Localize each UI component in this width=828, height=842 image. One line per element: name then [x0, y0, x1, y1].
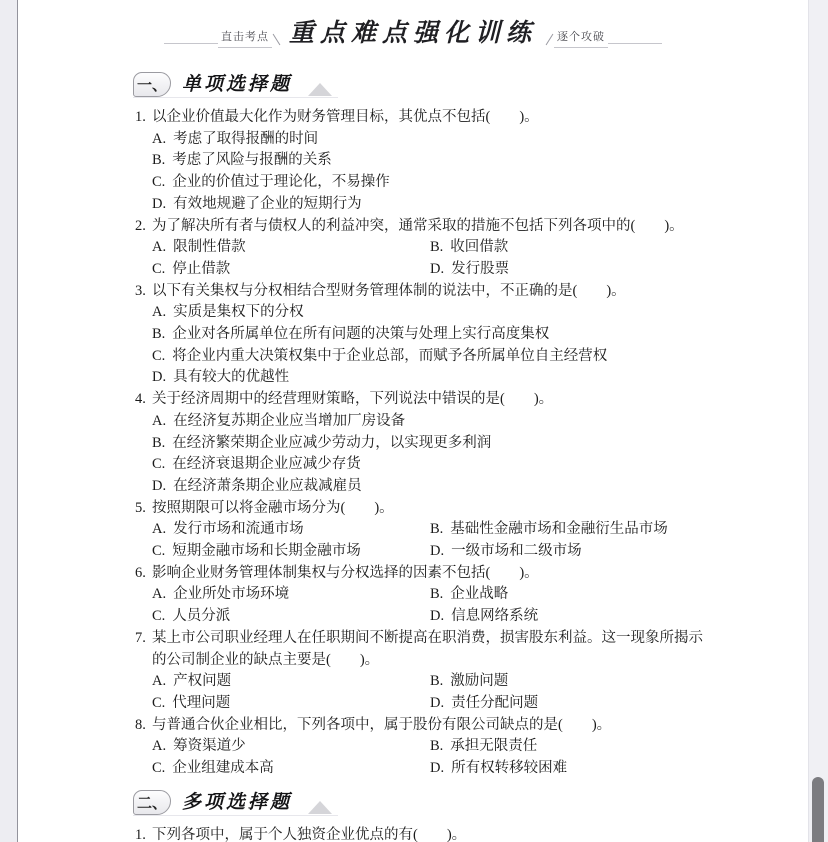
question-number: 7.: [135, 628, 152, 671]
question-options: A.产权问题B.激励问题C.代理问题D.责任分配问题: [152, 671, 715, 714]
option-text: 具有较大的优越性: [173, 367, 289, 389]
option-text: 考虑了取得报酬的时间: [173, 129, 318, 151]
option-text: 收回借款: [450, 237, 508, 259]
question-stem-row: 1.以企业价值最大化作为财务管理目标，其优点不包括( )。: [135, 107, 715, 129]
option-item: D.有效地规避了企业的短期行为: [152, 194, 715, 216]
option-label: A.: [152, 584, 166, 606]
option-label: C.: [152, 259, 165, 281]
question-number: 2.: [135, 216, 152, 238]
question-item: 5.按照期限可以将金融市场分为( )。A.发行市场和流通市场B.基础性金融市场和…: [135, 498, 715, 563]
option-item: B.承担无限责任: [430, 736, 715, 758]
deco-slash-icon: [546, 34, 554, 46]
option-item: B.激励问题: [430, 671, 715, 693]
option-item: A.考虑了取得报酬的时间: [152, 129, 715, 151]
option-text: 企业对各所属单位在所有问题的决策与处理上实行高度集权: [172, 324, 549, 346]
option-label: D.: [430, 758, 444, 780]
question-stem: 与普通合伙企业相比，下列各项中，属于股份有限公司缺点的是( )。: [152, 715, 715, 737]
section-title: 多项选择题: [182, 790, 292, 815]
option-label: D.: [430, 259, 444, 281]
option-label: B.: [152, 150, 165, 172]
option-item: B.企业对各所属单位在所有问题的决策与处理上实行高度集权: [152, 324, 715, 346]
question-options: A.考虑了取得报酬的时间B.考虑了风险与报酬的关系C.企业的价值过于理论化，不易…: [152, 129, 715, 216]
option-item: D.具有较大的优越性: [152, 367, 715, 389]
question-options: A.企业所处市场环境B.企业战略C.人员分派D.信息网络系统: [152, 584, 715, 627]
option-label: A.: [152, 411, 166, 433]
option-item: B.基础性金融市场和金融衍生品市场: [430, 519, 715, 541]
option-item: B.收回借款: [430, 237, 715, 259]
option-label: D.: [152, 367, 166, 389]
option-label: A.: [152, 519, 166, 541]
option-item: C.在经济衰退期企业应减少存货: [152, 454, 715, 476]
option-text: 在经济复苏期企业应当增加厂房设备: [173, 411, 405, 433]
option-text: 人员分派: [172, 606, 230, 628]
option-label: C.: [152, 606, 165, 628]
option-text: 基础性金融市场和金融衍生品市场: [450, 519, 668, 541]
option-label: B.: [152, 324, 165, 346]
question-options: A.在经济复苏期企业应当增加厂房设备B.在经济繁荣期企业应减少劳动力，以实现更多…: [152, 411, 715, 498]
option-label: D.: [152, 476, 166, 498]
question-stem-row: 8.与普通合伙企业相比，下列各项中，属于股份有限公司缺点的是( )。: [135, 715, 715, 737]
option-label: A.: [152, 736, 166, 758]
question-stem-row: 2.为了解决所有者与债权人的利益冲突，通常采取的措施不包括下列各项中的( )。: [135, 216, 715, 238]
option-item: D.信息网络系统: [430, 606, 715, 628]
option-text: 限制性借款: [173, 237, 246, 259]
chapter-title: 重点难点强化训练: [289, 20, 537, 48]
question-options: A.实质是集权下的分权B.企业对各所属单位在所有问题的决策与处理上实行高度集权C…: [152, 302, 715, 389]
questions-content: 一、单项选择题1.以企业价值最大化作为财务管理目标，其优点不包括( )。A.考虑…: [18, 72, 808, 842]
question-item: 6.影响企业财务管理体制集权与分权选择的因素不包括( )。A.企业所处市场环境B…: [135, 563, 715, 628]
option-text: 发行市场和流通市场: [173, 519, 304, 541]
question-stem: 按照期限可以将金融市场分为( )。: [152, 498, 715, 520]
question-item: 1.下列各项中，属于个人独资企业优点的有( )。: [135, 825, 715, 842]
option-text: 一级市场和二级市场: [451, 541, 582, 563]
question-item: 2.为了解决所有者与债权人的利益冲突，通常采取的措施不包括下列各项中的( )。A…: [135, 216, 715, 281]
question-number: 1.: [135, 825, 152, 842]
question-stem: 以下有关集权与分权相结合型财务管理体制的说法中，不正确的是( )。: [152, 281, 715, 303]
option-label: C.: [152, 172, 165, 194]
option-text: 有效地规避了企业的短期行为: [173, 194, 362, 216]
option-text: 代理问题: [172, 693, 230, 715]
question-stem-row: 4.关于经济周期中的经营理财策略，下列说法中错误的是( )。: [135, 389, 715, 411]
option-label: A.: [152, 237, 166, 259]
option-text: 在经济萧条期企业应裁减雇员: [173, 476, 362, 498]
option-text: 筹资渠道少: [173, 736, 246, 758]
question-number: 3.: [135, 281, 152, 303]
option-label: C.: [152, 693, 165, 715]
question-stem-row: 3.以下有关集权与分权相结合型财务管理体制的说法中，不正确的是( )。: [135, 281, 715, 303]
option-item: A.实质是集权下的分权: [152, 302, 715, 324]
option-item: A.限制性借款: [152, 237, 430, 259]
scrollbar-thumb[interactable]: [812, 777, 824, 842]
question-stem: 关于经济周期中的经营理财策略，下列说法中错误的是( )。: [152, 389, 715, 411]
banner-right-caption: 逐个攻破: [554, 28, 608, 48]
question-item: 7.某上市公司职业经理人在任职期间不断提高在职消费，损害股东利益。这一现象所揭示…: [135, 628, 715, 715]
option-item: C.企业组建成本高: [152, 758, 430, 780]
option-label: B.: [430, 736, 443, 758]
section-number-tab: 二、: [133, 790, 171, 815]
option-item: C.人员分派: [152, 606, 430, 628]
question-stem: 以企业价值最大化作为财务管理目标，其优点不包括( )。: [152, 107, 715, 129]
option-label: C.: [152, 346, 165, 368]
option-item: A.发行市场和流通市场: [152, 519, 430, 541]
option-text: 企业所处市场环境: [173, 584, 289, 606]
option-item: C.代理问题: [152, 693, 430, 715]
option-text: 激励问题: [450, 671, 508, 693]
option-label: B.: [152, 433, 165, 455]
option-item: C.企业的价值过于理论化，不易操作: [152, 172, 715, 194]
section-title: 单项选择题: [182, 72, 292, 97]
chapter-banner: 直击考点 重点难点强化训练 逐个攻破: [18, 18, 808, 48]
question-stem: 为了解决所有者与债权人的利益冲突，通常采取的措施不包括下列各项中的( )。: [152, 216, 715, 238]
question-number: 4.: [135, 389, 152, 411]
option-item: D.所有权转移较困难: [430, 758, 715, 780]
option-item: D.在经济萧条期企业应裁减雇员: [152, 476, 715, 498]
option-label: C.: [152, 541, 165, 563]
option-text: 信息网络系统: [451, 606, 538, 628]
question-options: A.限制性借款B.收回借款C.停止借款D.发行股票: [152, 237, 715, 280]
option-text: 实质是集权下的分权: [173, 302, 304, 324]
option-label: A.: [152, 671, 166, 693]
question-item: 1.以企业价值最大化作为财务管理目标，其优点不包括( )。A.考虑了取得报酬的时…: [135, 107, 715, 216]
question-options: A.发行市场和流通市场B.基础性金融市场和金融衍生品市场C.短期金融市场和长期金…: [152, 519, 715, 562]
option-text: 企业组建成本高: [172, 758, 274, 780]
question-stem: 影响企业财务管理体制集权与分权选择的因素不包括( )。: [152, 563, 715, 585]
question-stem: 下列各项中，属于个人独资企业优点的有( )。: [152, 825, 715, 842]
question-item: 8.与普通合伙企业相比，下列各项中，属于股份有限公司缺点的是( )。A.筹资渠道…: [135, 715, 715, 780]
option-text: 短期金融市场和长期金融市场: [172, 541, 361, 563]
question-stem-row: 1.下列各项中，属于个人独资企业优点的有( )。: [135, 825, 715, 842]
document-page: 直击考点 重点难点强化训练 逐个攻破 一、单项选择题1.以企业价值最大化作为财务…: [18, 0, 809, 842]
section-number-tab: 一、: [133, 72, 171, 97]
option-label: C.: [152, 758, 165, 780]
option-text: 企业的价值过于理论化，不易操作: [172, 172, 390, 194]
question-stem: 某上市公司职业经理人在任职期间不断提高在职消费，损害股东利益。这一现象所揭示的公…: [152, 628, 715, 671]
question-number: 8.: [135, 715, 152, 737]
option-item: C.停止借款: [152, 259, 430, 281]
option-label: D.: [430, 606, 444, 628]
triangle-icon: [308, 83, 332, 96]
option-text: 考虑了风险与报酬的关系: [172, 150, 332, 172]
question-number: 6.: [135, 563, 152, 585]
option-label: C.: [152, 454, 165, 476]
option-item: D.一级市场和二级市场: [430, 541, 715, 563]
banner-left-caption: 直击考点: [218, 28, 272, 48]
option-item: D.责任分配问题: [430, 693, 715, 715]
option-text: 发行股票: [451, 259, 509, 281]
option-text: 所有权转移较困难: [451, 758, 567, 780]
option-item: A.产权问题: [152, 671, 430, 693]
question-options: A.筹资渠道少B.承担无限责任C.企业组建成本高D.所有权转移较困难: [152, 736, 715, 779]
option-text: 产权问题: [173, 671, 231, 693]
option-item: C.短期金融市场和长期金融市场: [152, 541, 430, 563]
option-item: D.发行股票: [430, 259, 715, 281]
triangle-icon: [308, 801, 332, 814]
section-header: 一、单项选择题: [133, 72, 338, 98]
question-item: 4.关于经济周期中的经营理财策略，下列说法中错误的是( )。A.在经济复苏期企业…: [135, 389, 715, 498]
option-text: 在经济繁荣期企业应减少劳动力，以实现更多利润: [172, 433, 491, 455]
option-item: B.企业战略: [430, 584, 715, 606]
deco-slash-icon: [273, 34, 281, 46]
question-stem-row: 6.影响企业财务管理体制集权与分权选择的因素不包括( )。: [135, 563, 715, 585]
option-label: D.: [152, 194, 166, 216]
option-label: D.: [430, 693, 444, 715]
option-text: 责任分配问题: [451, 693, 538, 715]
banner-line-right: [608, 43, 662, 44]
option-item: C.将企业内重大决策权集中于企业总部，而赋予各所属单位自主经营权: [152, 346, 715, 368]
page-left-margin: [0, 0, 18, 842]
option-text: 在经济衰退期企业应减少存货: [172, 454, 361, 476]
question-number: 5.: [135, 498, 152, 520]
question-stem-row: 7.某上市公司职业经理人在任职期间不断提高在职消费，损害股东利益。这一现象所揭示…: [135, 628, 715, 671]
option-item: B.在经济繁荣期企业应减少劳动力，以实现更多利润: [152, 433, 715, 455]
option-label: A.: [152, 129, 166, 151]
option-label: B.: [430, 519, 443, 541]
banner-line-left: [164, 43, 218, 44]
option-text: 承担无限责任: [450, 736, 537, 758]
option-item: A.筹资渠道少: [152, 736, 430, 758]
option-label: B.: [430, 584, 443, 606]
option-label: B.: [430, 671, 443, 693]
question-stem-row: 5.按照期限可以将金融市场分为( )。: [135, 498, 715, 520]
question-number: 1.: [135, 107, 152, 129]
option-label: D.: [430, 541, 444, 563]
option-text: 停止借款: [172, 259, 230, 281]
option-item: A.企业所处市场环境: [152, 584, 430, 606]
option-text: 企业战略: [450, 584, 508, 606]
scrollbar-track[interactable]: [809, 0, 828, 842]
option-item: A.在经济复苏期企业应当增加厂房设备: [152, 411, 715, 433]
option-label: A.: [152, 302, 166, 324]
question-item: 3.以下有关集权与分权相结合型财务管理体制的说法中，不正确的是( )。A.实质是…: [135, 281, 715, 390]
section-header: 二、多项选择题: [133, 790, 338, 816]
option-text: 将企业内重大决策权集中于企业总部，而赋予各所属单位自主经营权: [172, 346, 607, 368]
option-label: B.: [430, 237, 443, 259]
option-item: B.考虑了风险与报酬的关系: [152, 150, 715, 172]
